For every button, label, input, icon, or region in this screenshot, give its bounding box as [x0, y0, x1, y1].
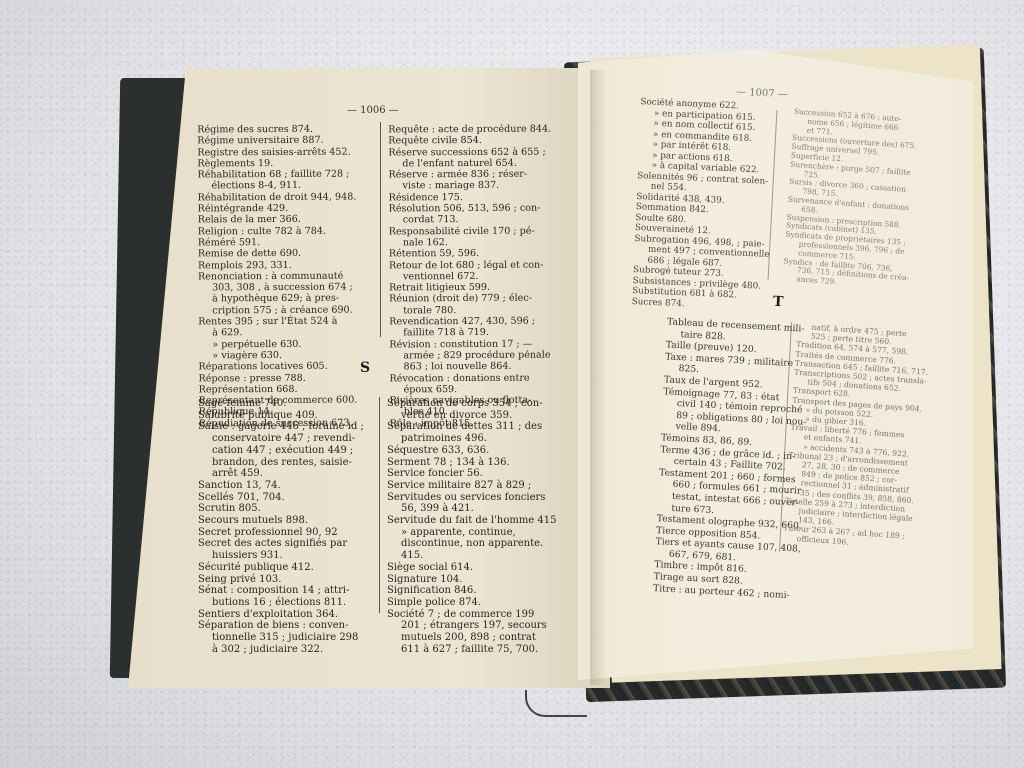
- index-entry: Réunion (droit de) 779 ; élec-: [389, 293, 552, 305]
- index-entry: Remplois 293, 331.: [198, 259, 357, 271]
- index-entry: Registre des saisies-arrêts 452.: [197, 146, 356, 158]
- index-entry: 56, 399 à 421.: [387, 503, 557, 515]
- index-entry: discontinue, non apparente.: [387, 538, 557, 550]
- index-entry: élections 8-4, 911.: [197, 180, 356, 192]
- index-entry: Siège social 614.: [387, 562, 557, 574]
- index-entry: Séparation de corps 354 ; con-: [387, 398, 557, 410]
- index-entry: Signature 104.: [387, 574, 557, 586]
- index-entry: Rétention 59, 596.: [389, 248, 552, 260]
- index-entry: Renonciation : à communauté: [198, 270, 357, 282]
- page-number-left: — 1006 —: [347, 105, 399, 116]
- index-column: natif, à ordre 475 ; perte525 ; perte ti…: [782, 322, 930, 552]
- index-entry: époux 659.: [390, 383, 553, 395]
- index-entry: Réhabilitation de droit 944, 948.: [198, 191, 357, 203]
- index-entry: Service militaire 827 à 829 ;: [387, 480, 557, 492]
- index-entry: Société 7 ; de commerce 199: [387, 609, 557, 621]
- index-entry: viste : mariage 837.: [388, 180, 551, 192]
- index-entry: Séquestre 633, 636.: [387, 445, 557, 457]
- index-column: Régime des sucres 874.Régime universitai…: [197, 124, 357, 430]
- index-column: Sage-femme 740.Salubrité publique 409.Sa…: [198, 398, 364, 655]
- index-entry: Retour de lot 680 ; légal et con-: [389, 259, 552, 271]
- index-entry: à 629.: [198, 327, 357, 339]
- index-entry: Salubrité publique 409.: [198, 410, 364, 422]
- index-entry: 303, 308 , à succession 674 ;: [198, 282, 357, 294]
- index-entry: Rentes 395 ; sur l'État 524 à: [198, 316, 357, 328]
- book-gutter: [590, 70, 618, 685]
- index-entry: Séparation de biens : conven-: [198, 620, 364, 632]
- index-entry: 611 à 627 ; faillite 75, 700.: [387, 644, 557, 656]
- index-entry: Sentiers d'exploitation 364.: [198, 609, 364, 621]
- index-entry: huissiers 931.: [198, 550, 364, 562]
- index-entry: arrêt 459.: [198, 468, 364, 480]
- index-entry: Requête civile 854.: [388, 135, 551, 147]
- index-entry: » perpétuelle 630.: [198, 338, 357, 350]
- index-entry: Saisie : gagerie 446 ; foraine id ;: [198, 421, 364, 433]
- index-entry: Règlements 19.: [197, 157, 356, 169]
- index-entry: Responsabilité civile 170 ; pé-: [389, 225, 552, 237]
- index-entry: Réhabilitation 68 ; faillite 728 ;: [197, 169, 356, 181]
- index-entry: Réparations locatives 605.: [198, 361, 357, 373]
- index-entry: ventionnel 672.: [389, 270, 552, 282]
- column-divider: [380, 122, 381, 337]
- index-entry: Simple police 874.: [387, 597, 557, 609]
- index-entry: Serment 78 ; 134 à 136.: [387, 457, 557, 469]
- index-entry: Sage-femme 740.: [198, 398, 364, 410]
- index-entry: Signification 846.: [387, 585, 557, 597]
- index-entry: » apparente, continue,: [387, 527, 557, 539]
- index-entry: patrimoines 496.: [387, 433, 557, 445]
- index-column: Société anonyme 622.» en participation 6…: [631, 97, 776, 313]
- index-entry: Relais de la mer 366.: [198, 214, 357, 226]
- index-column: Séparation de corps 354 ; con-vertie en …: [387, 398, 557, 655]
- index-entry: de l'enfant naturel 654.: [388, 157, 551, 169]
- index-entry: Remise de dette 690.: [198, 248, 357, 260]
- index-entry: Secours mutuels 898.: [198, 515, 364, 527]
- index-entry: 415.: [387, 550, 557, 562]
- index-entry: Secret professionnel 90, 92: [198, 527, 364, 539]
- index-entry: Religion : culte 782 à 784.: [198, 225, 357, 237]
- index-entry: Scrutin 805.: [198, 503, 364, 515]
- index-entry: à 302 ; judiciaire 322.: [198, 644, 364, 656]
- index-entry: Requête : acte de procédure 844.: [388, 124, 551, 136]
- index-entry: cordat 713.: [389, 214, 552, 226]
- index-entry: Sanction 13, 74.: [198, 480, 364, 492]
- index-entry: Régime des sucres 874.: [197, 124, 356, 136]
- index-entry: butions 16 ; élections 811.: [198, 597, 364, 609]
- index-entry: conservatoire 447 ; revendi-: [198, 433, 364, 445]
- binding-thread: [525, 690, 587, 717]
- index-column: Requête : acte de procédure 844.Requête …: [388, 124, 552, 430]
- index-entry: mutuels 200, 898 ; contrat: [387, 632, 557, 644]
- index-entry: Scellés 701, 704.: [198, 492, 364, 504]
- index-entry: Retrait litigieux 599.: [389, 282, 552, 294]
- column-divider: [379, 397, 380, 613]
- index-entry: Réserve : armée 836 ; réser-: [388, 169, 551, 181]
- index-entry: cation 447 ; exécution 449 ;: [198, 445, 364, 457]
- index-entry: Résidence 175.: [389, 191, 552, 203]
- index-entry: Réméré 591.: [198, 237, 357, 249]
- section-letter-t: T: [773, 294, 784, 311]
- index-entry: Séparation de dettes 311 ; des: [387, 421, 557, 433]
- section-letter-s: S: [360, 360, 370, 376]
- index-entry: Régime universitaire 887.: [197, 135, 356, 147]
- index-entry: Représentation 668.: [199, 383, 358, 395]
- index-entry: Sécurité publique 412.: [198, 562, 364, 574]
- index-entry: à hypothèque 629; à pres-: [198, 293, 357, 305]
- index-entry: Révision : constitution 17 ; —: [389, 338, 552, 350]
- index-entry: tionnelle 315 ; judiciaire 298: [198, 632, 364, 644]
- index-entry: vertie en divorce 359.: [387, 410, 557, 422]
- index-entry: Servitude du fait de l'homme 415: [387, 515, 557, 527]
- index-entry: torale 780.: [389, 304, 552, 316]
- index-entry: Réserve successions 652 à 655 ;: [388, 146, 551, 158]
- index-entry: cription 575 ; à créance 690.: [198, 304, 357, 316]
- index-entry: Réponse : presse 788.: [199, 372, 358, 384]
- index-entry: nale 162.: [389, 237, 552, 249]
- index-entry: » viagère 630.: [198, 350, 357, 362]
- index-entry: Seing privé 103.: [198, 574, 364, 586]
- index-entry: Sénat : composition 14 ; attri-: [198, 585, 364, 597]
- index-entry: Service foncier 56.: [387, 468, 557, 480]
- index-entry: Servitudes ou services fonciers: [387, 492, 557, 504]
- index-entry: Revendication 427, 430, 596 ;: [389, 316, 552, 328]
- index-entry: Résolution 506, 513, 596 ; con-: [389, 203, 552, 215]
- index-column: Succession 652 à 676 ; auto-nome 656 ; l…: [782, 108, 920, 292]
- index-entry: faillite 718 à 719.: [389, 327, 552, 339]
- index-entry: Réintégrande 429.: [198, 203, 357, 215]
- index-entry: Révocation : donations entre: [390, 372, 553, 384]
- index-entry: armée ; 829 procédure pénale: [389, 350, 552, 362]
- index-entry: brandon, des rentes, saisie-: [198, 457, 364, 469]
- index-entry: Secret des actes signifiés par: [198, 538, 364, 550]
- index-entry: 863 ; loi nouvelle 864.: [389, 361, 552, 373]
- index-entry: 201 ; étrangers 197, secours: [387, 620, 557, 632]
